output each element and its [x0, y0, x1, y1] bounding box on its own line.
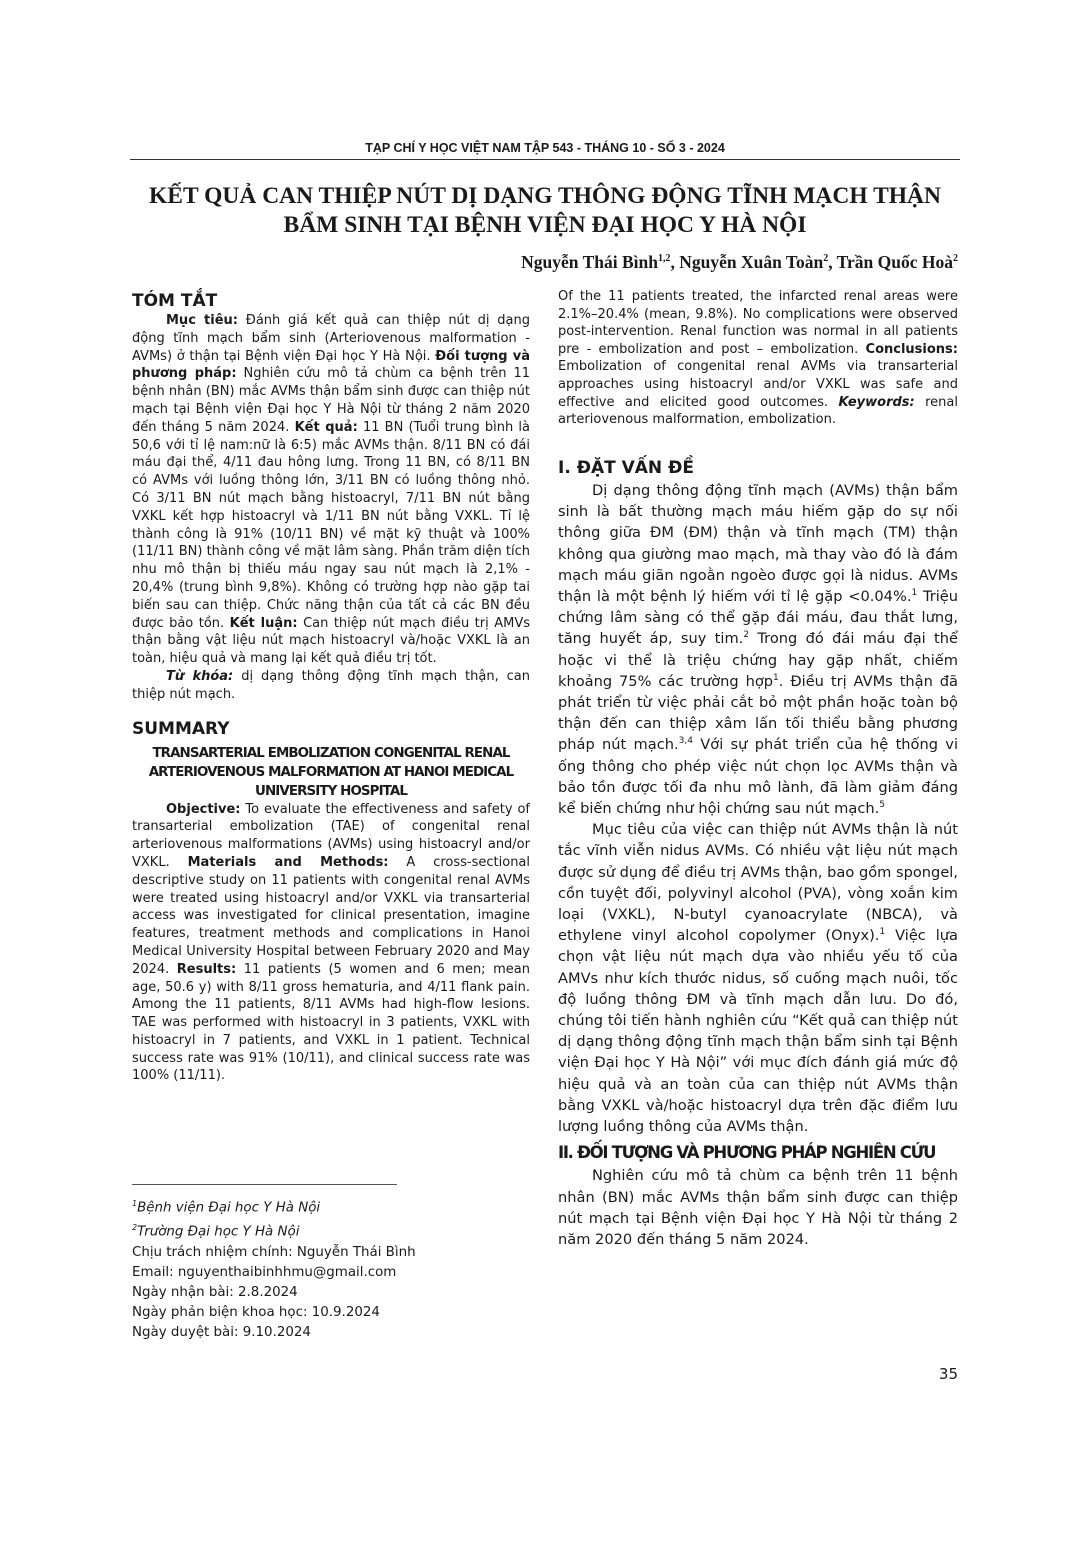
corresponding-author: Chịu trách nhiệm chính: Nguyễn Thái Bình: [132, 1243, 532, 1263]
author-affiliation: 2: [953, 253, 958, 264]
section-1: I. ĐẶT VẤN ĐỀ Dị dạng thông động tĩnh mạ…: [558, 456, 958, 1250]
citation: 3,4: [679, 737, 693, 747]
abstract-vi-heading: TÓM TẮT: [132, 290, 530, 312]
section-1-heading: I. ĐẶT VẤN ĐỀ: [558, 456, 958, 480]
author-separator: ,: [670, 252, 679, 272]
author-name: Nguyễn Xuân Toàn: [679, 252, 823, 272]
results-text-en: 11 patients (5 women and 6 men; mean age…: [132, 962, 530, 1084]
received-date: Ngày nhận bài: 2.8.2024: [132, 1283, 532, 1303]
objective-label: Mục tiêu:: [166, 313, 238, 328]
section-1-paragraph-2: Mục tiêu của việc can thiệp nút AVMs thậ…: [558, 819, 958, 1137]
results-label: Kết quả:: [295, 420, 358, 435]
results-label-en: Results:: [177, 962, 236, 977]
author-separator: ,: [828, 252, 836, 272]
title-line-2: BẨM SINH TẠI BỆNH VIỆN ĐẠI HỌC Y HÀ NỘI: [120, 211, 970, 240]
abstract-en-body: Objective: To evaluate the effectiveness…: [132, 801, 530, 1086]
footnote-rule: [132, 1184, 397, 1185]
author-affiliation: 1,2: [658, 253, 671, 264]
results-text: 11 BN (Tuổi trung bình là 50,6 với tỉ lệ…: [132, 420, 530, 631]
affiliation-text: Bệnh viện Đại học Y Hà Nội: [137, 1200, 320, 1215]
email-line: Email: nguyenthaibinhhmu@gmail.com: [132, 1263, 532, 1283]
section-2-heading: II. ĐỐI TƯỢNG VÀ PHƯƠNG PHÁP NGHIÊN CỨU: [558, 1141, 958, 1165]
affiliation-2: 2Trường Đại học Y Hà Nội: [132, 1218, 532, 1242]
section-1-paragraph-1: Dị dạng thông động tĩnh mạch (AVMs) thận…: [558, 480, 958, 819]
author-list: Nguyễn Thái Bình1,2, Nguyễn Xuân Toàn2, …: [521, 252, 958, 273]
header-rule: [130, 159, 960, 160]
abstract-vi-body: Mục tiêu: Đánh giá kết quả can thiệp nút…: [132, 312, 530, 668]
methods-label-en: Materials and Methods:: [188, 855, 389, 870]
right-column-summary: Of the 11 patients treated, the infarcte…: [558, 288, 958, 429]
affiliation-1: 1Bệnh viện Đại học Y Hà Nội: [132, 1194, 532, 1218]
left-column: TÓM TẮT Mục tiêu: Đánh giá kết quả can t…: [132, 290, 530, 1085]
conclusions-label-en: Conclusions:: [866, 342, 958, 357]
english-title: TRANSARTERIAL EMBOLIZATION CONGENITAL RE…: [132, 744, 530, 801]
abstract-en-continued: Of the 11 patients treated, the infarcte…: [558, 288, 958, 429]
summary-heading: SUMMARY: [132, 718, 530, 740]
journal-page: TẠP CHÍ Y HỌC VIỆT NAM TẬP 543 - THÁNG 1…: [0, 0, 1090, 1541]
keywords-label-en: Keywords:: [839, 395, 915, 410]
keywords-label: Từ khóa:: [166, 669, 233, 684]
title-line-1: KẾT QUẢ CAN THIỆP NÚT DỊ DẠNG THÔNG ĐỘNG…: [120, 182, 970, 211]
text: Mục tiêu của việc can thiệp nút AVMs thậ…: [558, 821, 958, 944]
author-name: Nguyễn Thái Bình: [521, 252, 658, 272]
accepted-date: Ngày duyệt bài: 9.10.2024: [132, 1323, 532, 1343]
methods-text-en: A cross-sectional descriptive study on 1…: [132, 855, 530, 977]
author-name: Trần Quốc Hoà: [837, 252, 953, 272]
affiliation-text: Trường Đại học Y Hà Nội: [137, 1225, 299, 1240]
page-number: 35: [939, 1365, 958, 1383]
conclusion-label: Kết luận:: [230, 616, 298, 631]
objective-label-en: Objective:: [166, 802, 241, 817]
article-title: KẾT QUẢ CAN THIỆP NÚT DỊ DẠNG THÔNG ĐỘNG…: [120, 182, 970, 240]
text: Việc lựa chọn vật liệu nút mạch dựa vào …: [558, 927, 958, 1135]
reviewed-date: Ngày phản biện khoa học: 10.9.2024: [132, 1303, 532, 1323]
running-head: TẠP CHÍ Y HỌC VIỆT NAM TẬP 543 - THÁNG 1…: [130, 141, 960, 155]
section-2-paragraph-1: Nghiên cứu mô tả chùm ca bệnh trên 11 bệ…: [558, 1165, 958, 1250]
text: Dị dạng thông động tĩnh mạch (AVMs) thận…: [558, 482, 958, 605]
footnotes: 1Bệnh viện Đại học Y Hà Nội 2Trường Đại …: [132, 1194, 532, 1343]
citation: 5: [879, 800, 885, 810]
keywords-vi: Từ khóa: dị dạng thông động tĩnh mạch th…: [132, 668, 530, 704]
